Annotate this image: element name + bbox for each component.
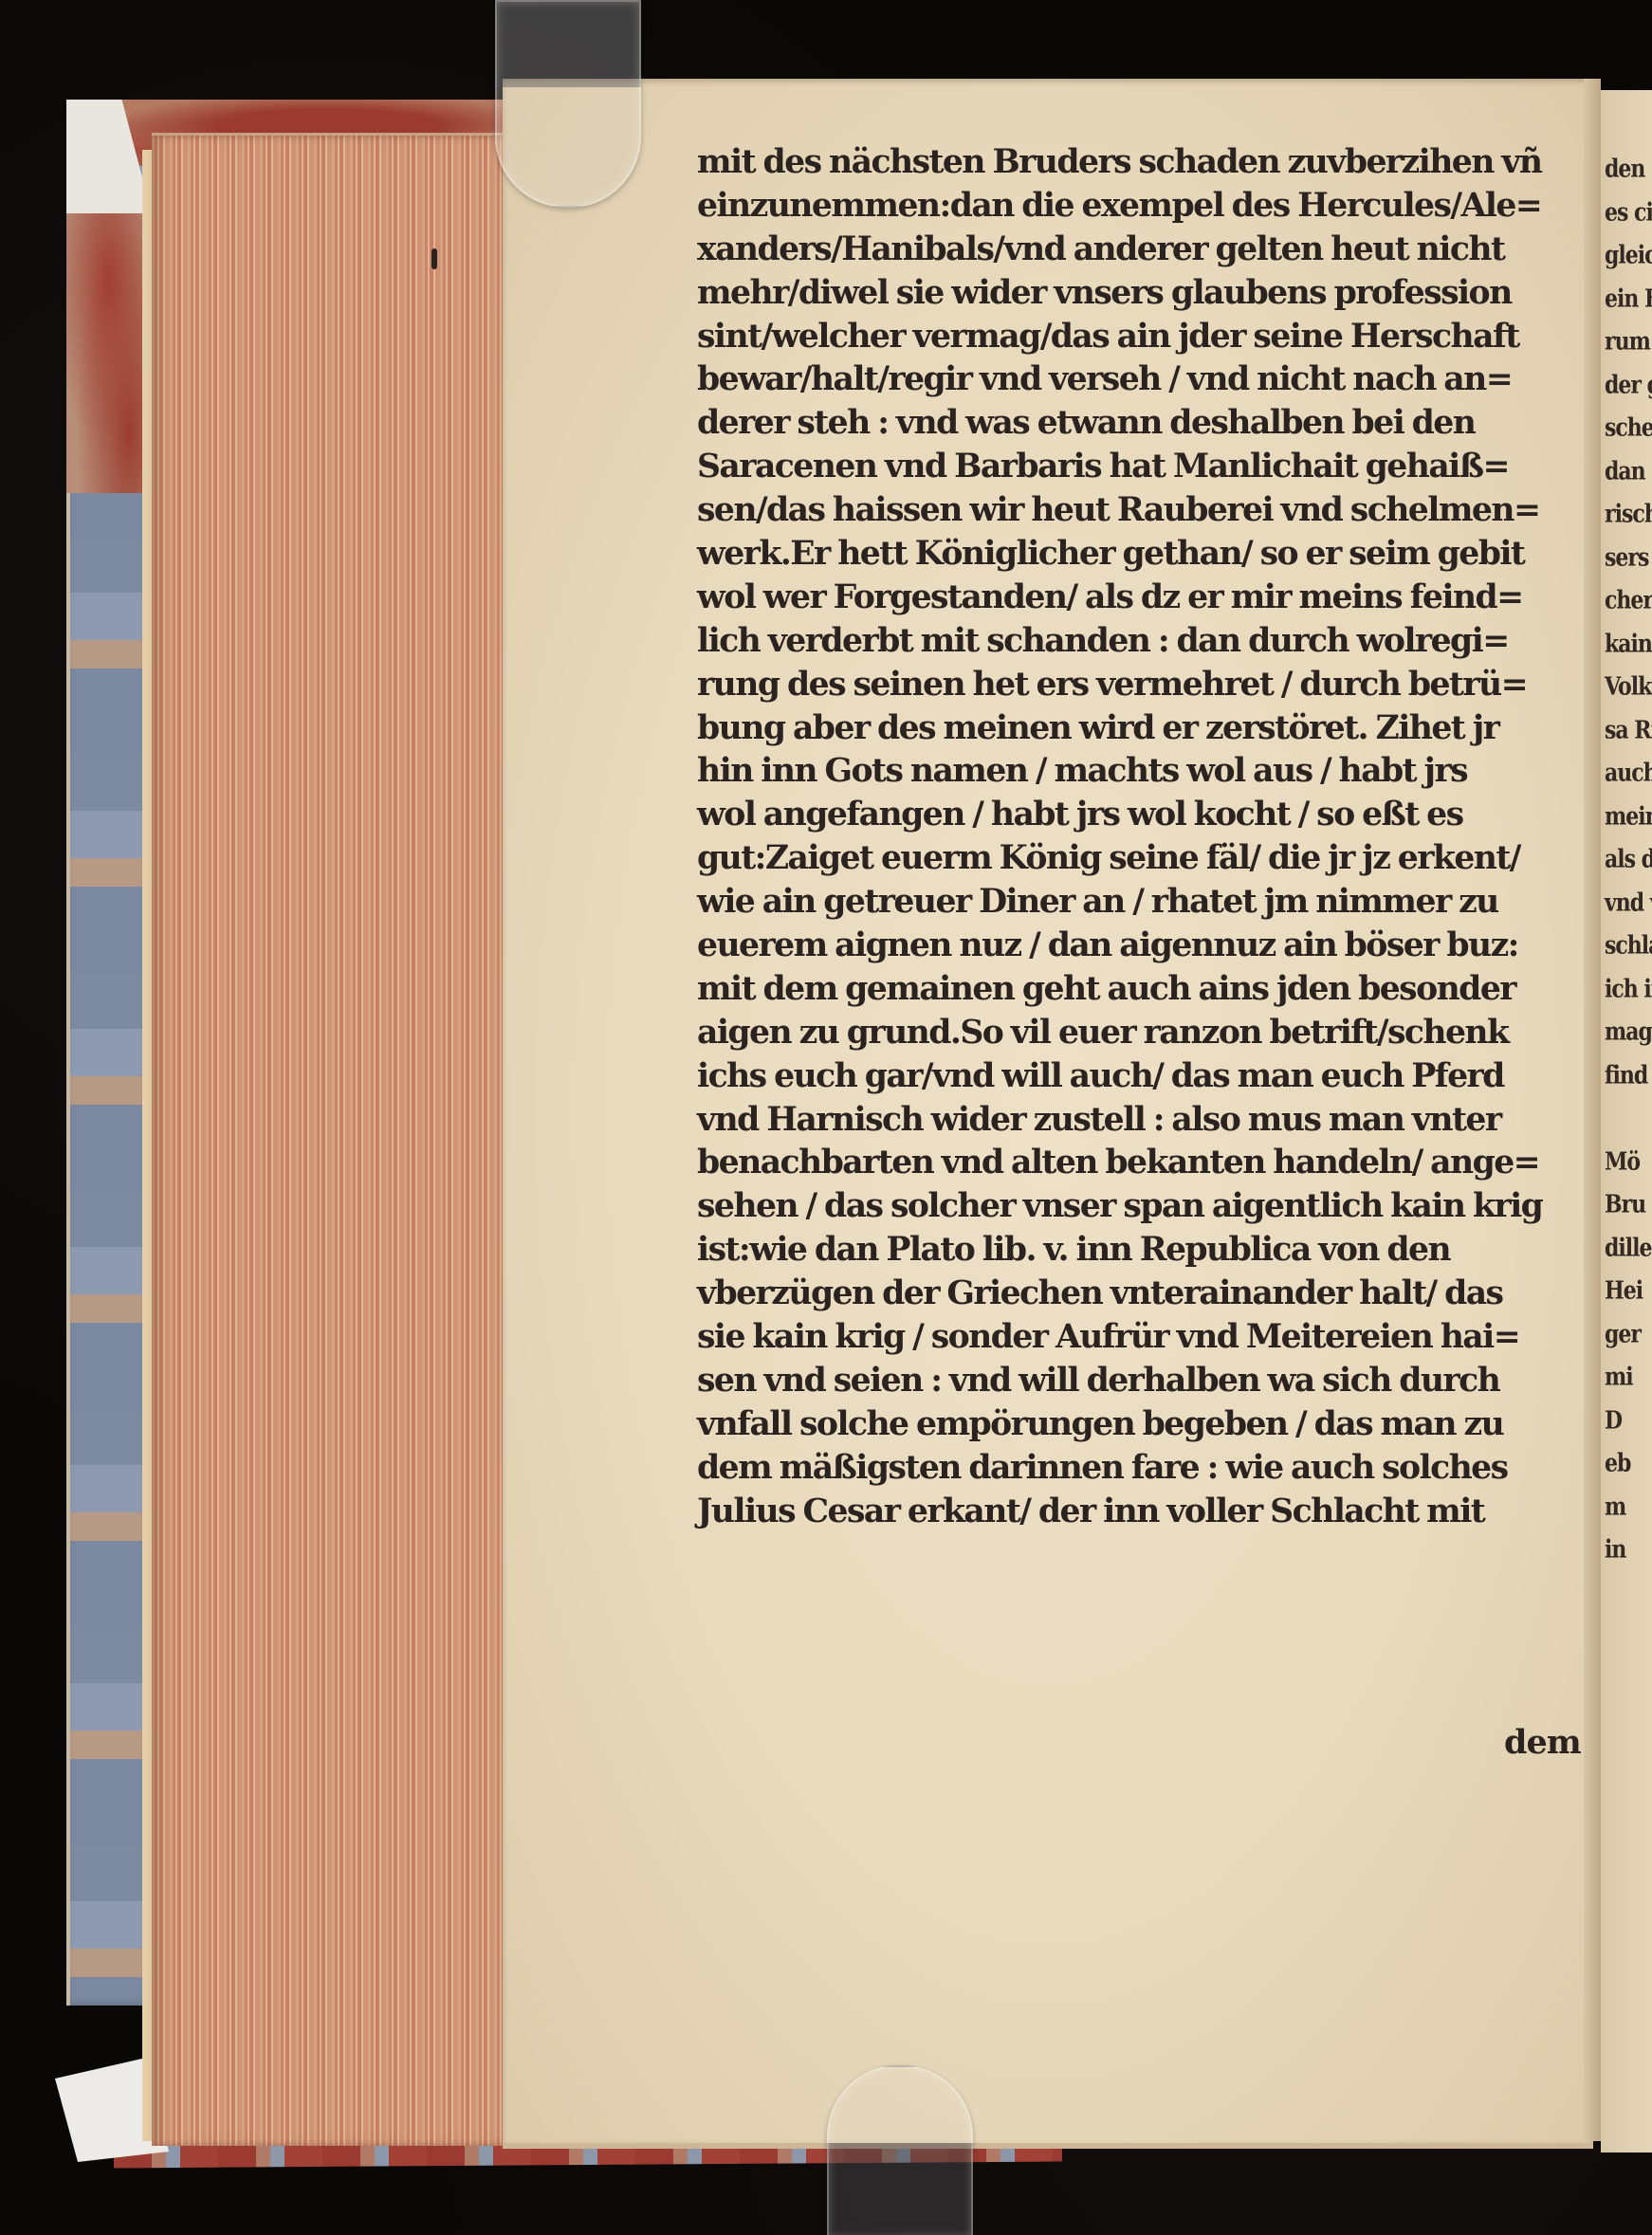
adjacent-page-fragment: find xyxy=(1605,1060,1647,1090)
ink-offset-ghost xyxy=(721,1759,1385,1816)
adjacent-page-fragment: dille xyxy=(1605,1233,1651,1262)
adjacent-page-fragment: cher an xyxy=(1605,585,1652,614)
adjacent-page-fragment: als de xyxy=(1605,844,1652,873)
adjacent-page-fragment: D xyxy=(1605,1405,1622,1435)
adjacent-page-fragment: gleiche xyxy=(1605,240,1652,269)
text-line: sen vnd seien : vnd will derhalben wa si… xyxy=(697,1359,1588,1402)
adjacent-page-fragment: in xyxy=(1605,1534,1625,1564)
adjacent-page-fragment: rum ist xyxy=(1605,326,1652,356)
ink-spot xyxy=(431,248,437,269)
text-line: mit des nächsten Bruders schaden zuvberz… xyxy=(697,140,1588,184)
adjacent-page-fragment: es civi xyxy=(1605,197,1652,227)
adjacent-page-fragment: sa Ri xyxy=(1605,715,1652,744)
text-line: sen/das haissen wir heut Rauberei vnd sc… xyxy=(697,488,1588,532)
text-line: vnfall solche empörungen begeben / das m… xyxy=(697,1402,1588,1446)
text-line: werk.Er hett Königlicher gethan/ so er s… xyxy=(697,532,1588,576)
adjacent-page-fragment: kain a xyxy=(1605,629,1652,658)
text-line: mit dem gemainen geht auch ains jden bes… xyxy=(697,967,1588,1011)
text-line: vberzügen der Griechen vnterainander hal… xyxy=(697,1272,1588,1315)
adjacent-page-fragment: den Po xyxy=(1605,154,1652,183)
adjacent-page-fragment: eb xyxy=(1605,1448,1630,1477)
adjacent-page-fragment: schlag xyxy=(1605,930,1652,960)
text-line: xanders/Hanibals/vnd anderer gelten heut… xyxy=(697,228,1588,271)
adjacent-page-fragment: mag: xyxy=(1605,1017,1652,1046)
text-line: Saracenen vnd Barbaris hat Manlichait ge… xyxy=(697,445,1588,488)
adjacent-page-fragment: Bru xyxy=(1605,1189,1645,1218)
adjacent-page-fragment: sers he xyxy=(1605,542,1652,572)
adjacent-page-fragment: vnd v xyxy=(1605,888,1652,917)
book-clip-bottom xyxy=(827,2065,973,2235)
adjacent-page-fragment: Volk a xyxy=(1605,671,1652,701)
text-line: wie ain getreuer Diner an / rhatet jm ni… xyxy=(697,880,1588,924)
adjacent-page-fragment: risch/e xyxy=(1605,499,1652,528)
adjacent-page-fragment: ein Bu xyxy=(1605,284,1652,313)
text-line: ist:wie dan Plato lib. v. inn Republica … xyxy=(697,1228,1588,1272)
text-line: bewar/halt/regir vnd verseh / vnd nicht … xyxy=(697,357,1588,401)
text-line: lich verderbt mit schanden : dan durch w… xyxy=(697,619,1588,663)
text-line: sint/welcher vermag/das ain jder seine H… xyxy=(697,315,1588,358)
text-line: sie kain krig / sonder Aufrür vnd Meiter… xyxy=(697,1315,1588,1359)
book-fore-edge xyxy=(152,133,507,2146)
book-clip-top xyxy=(495,0,641,208)
adjacent-page: den Poes civigleicheein Burum istder gar… xyxy=(1601,90,1652,2153)
adjacent-page-fragment: mi xyxy=(1605,1362,1633,1391)
text-line: bung aber des meinen wird er zerstöret. … xyxy=(697,706,1588,750)
text-line: dem mäßigsten darinnen fare : wie auch s… xyxy=(697,1446,1588,1490)
adjacent-page-fragment: schen A xyxy=(1605,412,1652,442)
adjacent-page-fragment: Mö xyxy=(1605,1146,1640,1176)
text-line: euerem aignen nuz / dan aigennuz ain bös… xyxy=(697,924,1588,967)
text-line: mehr/diwel sie wider vnsers glaubens pro… xyxy=(697,271,1588,315)
adjacent-page-fragment: dan ain xyxy=(1605,456,1652,485)
adjacent-page-fragment: der gar xyxy=(1605,370,1652,399)
page-text-block: mit des nächsten Bruders schaden zuvberz… xyxy=(697,140,1598,1533)
text-line: hin inn Gots namen / machts wol aus / ha… xyxy=(697,749,1588,793)
text-line: wol angefangen / habt jrs wol kocht / so… xyxy=(697,793,1588,836)
catchword: dem xyxy=(1504,1723,1581,1762)
text-line: sehen / das solcher vnser span aigentlic… xyxy=(697,1184,1588,1228)
adjacent-page-fragment: m xyxy=(1605,1492,1625,1521)
text-line: rung des seinen het ers vermehret / durc… xyxy=(697,663,1588,706)
text-line: einzunemmen:dan die exempel des Hercules… xyxy=(697,184,1588,228)
text-line: benachbarten vnd alten bekanten handeln/… xyxy=(697,1141,1588,1184)
text-line: derer steh : vnd was etwann deshalben be… xyxy=(697,401,1588,445)
text-line: gut:Zaiget euerm König seine fäl/ die jr… xyxy=(697,836,1588,880)
adjacent-page-fragment: auch e xyxy=(1605,758,1652,787)
adjacent-page-fragment: ich in xyxy=(1605,974,1652,1003)
text-line: Julius Cesar erkant/ der inn voller Schl… xyxy=(697,1490,1588,1533)
text-line: ichs euch gar/vnd will auch/ das man euc… xyxy=(697,1054,1588,1098)
adjacent-page-fragment: ger xyxy=(1605,1319,1641,1348)
text-line: aigen zu grund.So vil euer ranzon betrif… xyxy=(697,1011,1588,1054)
text-line: wol wer Forgestanden/ als dz er mir mein… xyxy=(697,576,1588,619)
text-line: vnd Harnisch wider zustell : also mus ma… xyxy=(697,1098,1588,1142)
adjacent-page-fragment: mein xyxy=(1605,801,1652,831)
adjacent-page-fragment: Hei xyxy=(1605,1275,1643,1305)
